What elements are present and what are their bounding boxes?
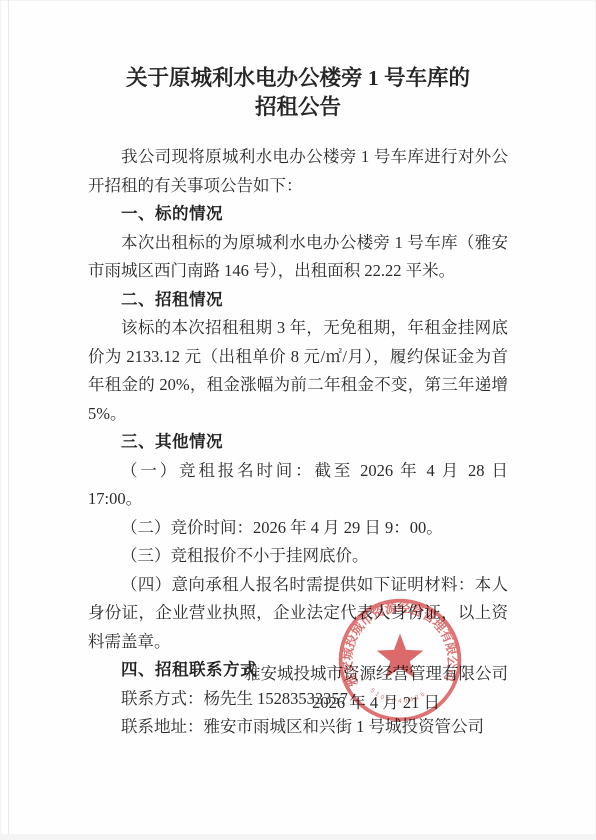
section-3-heading: 三、其他情况 (88, 428, 508, 457)
section-paragraph: （四）意向承租人报名时需提供如下证明材料：本人身份证，企业营业执照，企业法定代表… (88, 571, 508, 657)
signature-block: 雅安城投城市资源经营管理有限公司 2026 年 4 月 21 日 (244, 660, 508, 717)
section-paragraph: 本次出租标的为原城利水电办公楼旁 1 号车库（雅安市雨城区西门南路 146 号）… (88, 229, 508, 286)
document-page: 关于原城利水电办公楼旁 1 号车库的 招租公告 我公司现将原城利水电办公楼旁 1… (0, 0, 596, 840)
signature-company: 雅安城投城市资源经营管理有限公司 (244, 660, 508, 689)
section-paragraph: （二）竞价时间：2026 年 4 月 29 日 9：00。 (88, 514, 508, 543)
section-2-heading: 二、招租情况 (88, 286, 508, 315)
intro-paragraph: 我公司现将原城利水电办公楼旁 1 号车库进行对外公开招租的有关事项公告如下： (88, 143, 508, 200)
title-line-2: 招租公告 (88, 93, 508, 122)
section-paragraph: 该标的本次招租租期 3 年，无免租期，年租金挂网底价为 2133.12 元（出租… (88, 314, 508, 428)
title-line-1: 关于原城利水电办公楼旁 1 号车库的 (88, 64, 508, 93)
scan-edge-left (8, 0, 9, 840)
signature-date: 2026 年 4 月 21 日 (244, 689, 508, 718)
document-body: 我公司现将原城利水电办公楼旁 1 号车库进行对外公开招租的有关事项公告如下： 一… (88, 143, 508, 742)
scan-edge-bottom (0, 834, 596, 840)
section-paragraph: （三）竞租报价不小于挂网底价。 (88, 542, 508, 571)
contact-address-line: 联系地址：雅安市雨城区和兴街 1 号城投资管公司 (88, 713, 508, 742)
page-title: 关于原城利水电办公楼旁 1 号车库的 招租公告 (88, 64, 508, 122)
section-1-heading: 一、标的情况 (88, 200, 508, 229)
section-paragraph: （一）竞租报名时间：截至 2026 年 4 月 28 日 17:00。 (88, 457, 508, 514)
